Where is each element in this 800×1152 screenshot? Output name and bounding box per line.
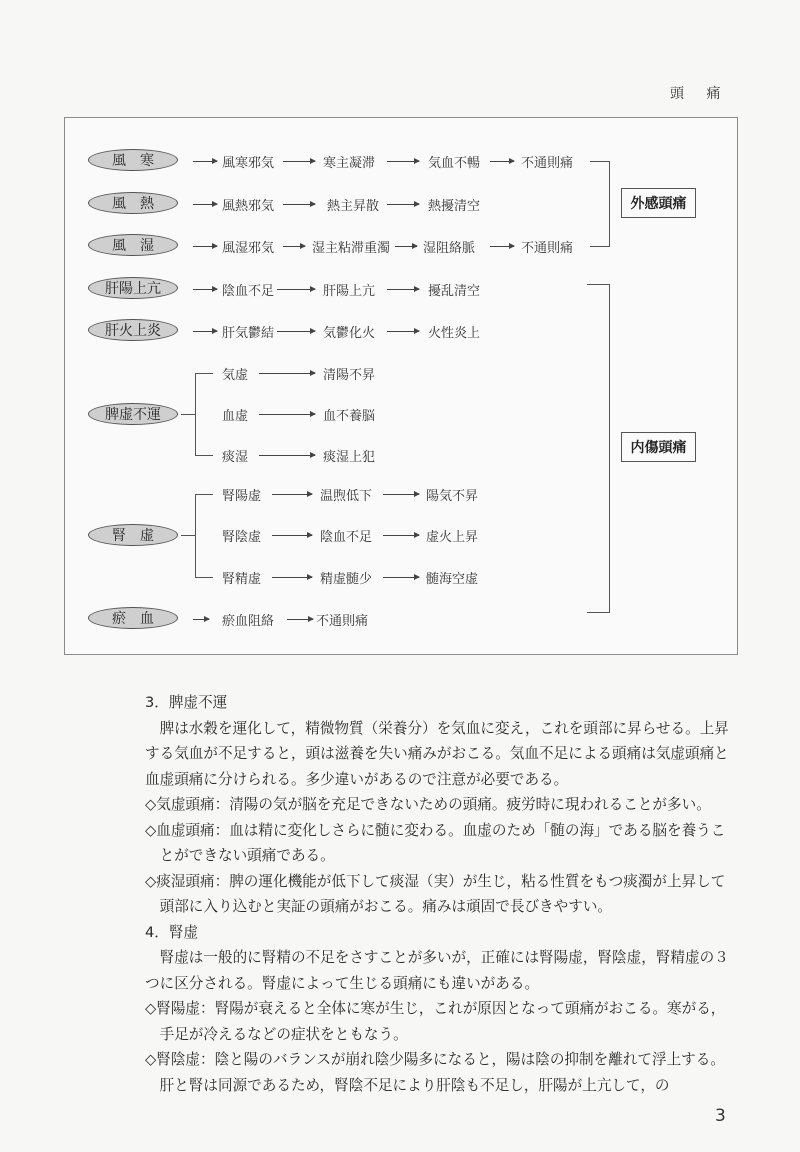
chain-node: 髄海空虚 (426, 568, 478, 587)
category-external-headache: 外感頭痛 (621, 188, 696, 218)
bracket-line (590, 161, 610, 162)
list-item: ◇気虚頭痛：清陽の気が脳を充足できないための頭痛。疲労時に現われることが多い。 (145, 792, 735, 818)
branch-line (195, 494, 213, 495)
arrow-icon (283, 161, 315, 162)
chain-node: 陰血不足 (222, 280, 274, 299)
branch-line (181, 535, 195, 536)
arrow-icon (193, 204, 217, 205)
section-heading: 3．脾虚不運 (145, 690, 735, 716)
arrow-icon (283, 246, 305, 247)
branch-line (195, 577, 213, 578)
chain-node: 熱擾清空 (428, 195, 480, 214)
arrow-icon (287, 619, 313, 620)
arrow-icon (277, 289, 315, 290)
category-internal-headache: 内傷頭痛 (621, 432, 696, 462)
bracket-line (587, 612, 609, 613)
arrow-icon (193, 289, 217, 290)
chain-node: 痰湿上犯 (323, 446, 375, 465)
bracket-line (590, 246, 610, 247)
chain-node: 不通則痛 (316, 610, 368, 629)
arrow-icon (383, 494, 419, 495)
list-item: ◇痰湿頭痛：脾の運化機能が低下して痰湿（実）が生じ，粘る性質をもつ痰濁が上昇して… (145, 869, 735, 920)
chain-node: 肝気鬱結 (222, 322, 274, 341)
arrow-icon (383, 577, 419, 578)
chain-node: 風熱邪気 (222, 195, 274, 214)
arrow-icon (272, 535, 312, 536)
chain-node: 湿主粘滞重濁 (312, 237, 390, 256)
chain-node: 陰血不足 (320, 526, 372, 545)
branch-line (195, 373, 213, 374)
list-item: ◇腎陽虚：腎陽が衰えると全体に寒が生じ，これが原因となって頭痛がおこる。寒がる，… (145, 996, 735, 1047)
chain-node: 血不養脳 (323, 405, 375, 424)
chain-node: 風湿邪気 (222, 237, 274, 256)
arrow-icon (259, 414, 315, 415)
arrow-icon (193, 246, 217, 247)
bracket-line (609, 284, 610, 613)
arrow-icon (272, 494, 312, 495)
branch-type: 腎陰虚 (222, 526, 261, 545)
branch-type: 腎精虚 (222, 568, 261, 587)
cause-spleen-deficiency: 脾虚不運 (88, 403, 178, 425)
arrow-icon (387, 331, 419, 332)
bracket-line (609, 161, 610, 247)
branch-line (195, 455, 213, 456)
chain-node: 熱主昇散 (327, 195, 379, 214)
chain-node: 湿阻絡脈 (423, 237, 475, 256)
chain-node: 火性炎上 (428, 322, 480, 341)
arrow-icon (193, 161, 217, 162)
paragraph: 脾は水穀を運化して，精微物質（栄養分）を気血に変え，これを頭部に昇らせる。上昇す… (145, 716, 735, 793)
chain-node: 瘀血阻絡 (222, 610, 274, 629)
branch-type: 腎陽虚 (222, 485, 261, 504)
arrow-icon (387, 289, 419, 290)
arrow-icon (395, 246, 417, 247)
cause-blood-stasis: 瘀 血 (88, 607, 178, 629)
list-item: ◇血虚頭痛：血は精に変化しさらに髄に変わる。血虚のため「髄の海」である脳を養うこ… (145, 818, 735, 869)
chain-node: 気鬱化火 (323, 322, 375, 341)
chain-node: 肝陽上亢 (323, 280, 375, 299)
bracket-line (587, 284, 609, 285)
chain-node: 不通則痛 (521, 152, 573, 171)
running-head: 頭 痛 (670, 83, 729, 103)
cause-liver-yang: 肝陽上亢 (88, 277, 178, 299)
arrow-icon (490, 161, 514, 162)
branch-line (181, 414, 195, 415)
section-heading: 4．腎虚 (145, 920, 735, 946)
chain-node: 虚火上昇 (426, 526, 478, 545)
arrow-icon (490, 246, 514, 247)
arrow-icon (383, 535, 419, 536)
arrow-icon (259, 373, 315, 374)
list-item: ◇腎陰虚：陰と陽のバランスが崩れ陰少陽多になると，陽は陰の抑制を離れて浮上する。… (145, 1047, 735, 1098)
branch-line (195, 494, 196, 578)
arrow-icon (387, 161, 419, 162)
branch-type: 痰湿 (222, 446, 248, 465)
cause-liver-fire: 肝火上炎 (88, 319, 178, 341)
cause-kidney-deficiency: 腎 虚 (88, 524, 178, 546)
paragraph: 腎虚は一般的に腎精の不足をさすことが多いが，正確には腎陽虚，腎陰虚，腎精虚の３つ… (145, 945, 735, 996)
chain-node: 陽気不昇 (426, 485, 478, 504)
arrow-icon (283, 204, 315, 205)
arrow-icon (259, 455, 315, 456)
branch-type: 血虚 (222, 405, 248, 424)
arrow-icon (277, 331, 315, 332)
chain-node: 清陽不昇 (323, 364, 375, 383)
body-text: 3．脾虚不運 脾は水穀を運化して，精微物質（栄養分）を気血に変え，これを頭部に昇… (145, 690, 735, 1098)
branch-type: 気虚 (222, 364, 248, 383)
chain-node: 気血不暢 (428, 152, 480, 171)
branch-line (195, 373, 196, 456)
chain-node: 温煦低下 (320, 485, 372, 504)
arrow-icon (193, 619, 209, 620)
cause-wind-damp: 風 湿 (88, 234, 178, 256)
headache-classification-diagram: 風 寒 風寒邪気 寒主凝滞 気血不暢 不通則痛 風 熱 風熱邪気 熱主昇散 熱擾… (64, 117, 738, 655)
arrow-icon (272, 577, 312, 578)
chain-node: 精虚髄少 (320, 568, 372, 587)
arrow-icon (193, 331, 217, 332)
chain-node: 擾乱清空 (428, 280, 480, 299)
chain-node: 風寒邪気 (222, 152, 274, 171)
page-number: 3 (715, 1106, 726, 1126)
arrow-icon (387, 204, 419, 205)
cause-wind-heat: 風 熱 (88, 192, 178, 214)
chain-node: 寒主凝滞 (323, 152, 375, 171)
cause-wind-cold: 風 寒 (88, 149, 178, 171)
chain-node: 不通則痛 (521, 237, 573, 256)
